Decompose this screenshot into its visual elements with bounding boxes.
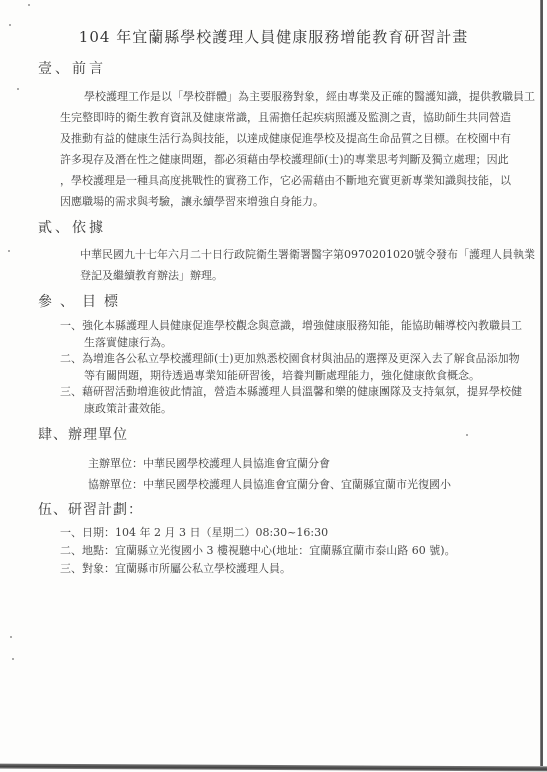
paragraph-line: 及推動有益的健康生活行為與技能，以達成健康促進學校及提高生命品質之目標。在校園中… (60, 128, 495, 149)
organizer-line: 主辦單位：中華民國學校護理人員協進會宜蘭分會 (88, 453, 495, 474)
paragraph-line: 生完整即時的衛生教育資訊及健康常識，且需擔任起疾病照護及監測之責，協助師生共同營… (60, 107, 495, 128)
section-heading-foreword: 壹、前言 (38, 58, 495, 78)
scan-speckle (28, 4, 30, 6)
scan-speckle (10, 636, 12, 638)
section-foreword: 壹、前言 學校護理工作是以「學校群體」為主要服務對象，經由專業及正確的醫護知識，… (38, 58, 495, 212)
scan-edge-line (540, 0, 543, 766)
objective-item-line: 一、強化本縣護理人員健康促進學校觀念與意識，增強健康服務知能，能協助輔導校內教職… (60, 318, 495, 335)
organizers-list: 主辦單位：中華民國學校護理人員協進會宜蘭分會 協辦單位：中華民國學校護理人員協進… (38, 453, 495, 495)
objective-item-line: 等有關問題，期待透過專業知能研習後，培養判斷處理能力，強化健康飲食概念。 (84, 368, 495, 385)
section-organizers: 肆、辦理單位 主辦單位：中華民國學校護理人員協進會宜蘭分會 協辦單位：中華民國學… (38, 424, 495, 495)
plan-item: 三、對象：宜蘭縣市所屬公私立學校護理人員。 (60, 560, 495, 578)
section-heading-plan: 伍、研習計劃： (38, 499, 495, 519)
plan-list: 一、日期：104 年 2 月 3 日（星期二）08:30~16:30 二、地點：… (38, 524, 495, 578)
objective-item: 三、藉研習活動增進彼此情誼，營造本縣護理人員溫馨和樂的健康團隊及支持氣氛，提昇學… (38, 384, 495, 417)
section-heading-organizers: 肆、辦理單位 (38, 424, 495, 444)
objectives-list: 一、強化本縣護理人員健康促進學校觀念與意識，增強健康服務知能，能協助輔導校內教職… (38, 318, 495, 417)
document-title: 104 年宜蘭縣學校護理人員健康服務增能教育研習計畫 (52, 26, 495, 47)
objective-item-line: 生落實健康行為。 (84, 335, 495, 352)
scan-speckle (17, 88, 19, 90)
section-heading-basis: 貳、依據 (38, 217, 495, 237)
scan-speckle (12, 658, 14, 660)
section-heading-objectives: 參、目標 (38, 291, 495, 311)
paragraph-line: 因應職場的需求與考驗，讓永續學習來增強自身能力。 (60, 191, 495, 212)
objective-item-line: 二、為增進各公私立學校護理師(士)更加熟悉校園食材與油品的選擇及更深入去了解食品… (60, 351, 495, 368)
paragraph-line: 登記及繼續教育辦法」辦理。 (80, 265, 495, 286)
objective-item-line: 康政策計畫效能。 (84, 401, 495, 418)
objective-item-line: 三、藉研習活動增進彼此情誼，營造本縣護理人員溫馨和樂的健康團隊及支持氣氛，提昇學… (60, 384, 495, 401)
plan-item: 一、日期：104 年 2 月 3 日（星期二）08:30~16:30 (60, 524, 495, 542)
objective-item: 一、強化本縣護理人員健康促進學校觀念與意識，增強健康服務知能，能協助輔導校內教職… (38, 318, 495, 351)
section-plan: 伍、研習計劃： 一、日期：104 年 2 月 3 日（星期二）08:30~16:… (38, 499, 495, 578)
paragraph-line: 學校護理工作是以「學校群體」為主要服務對象，經由專業及正確的醫護知識，提供教職員… (60, 86, 495, 107)
paragraph-line: ，學校護理是一種具高度挑戰性的實務工作，它必需藉由不斷地充實更新專業知識與技能，… (60, 170, 495, 191)
plan-item: 二、地點：宜蘭縣立光復國小 3 樓視聽中心(地址：宜蘭縣宜蘭市泰山路 60 號)… (60, 542, 495, 560)
section-basis: 貳、依據 中華民國九十七年六月二十日行政院衛生署衛署醫字第0970201020號… (38, 217, 495, 286)
scan-speckle (466, 434, 468, 436)
foreword-paragraph: 學校護理工作是以「學校群體」為主要服務對象，經由專業及正確的醫護知識，提供教職員… (60, 86, 495, 212)
section-objectives: 參、目標 一、強化本縣護理人員健康促進學校觀念與意識，增強健康服務知能，能協助輔… (38, 291, 495, 417)
basis-paragraph: 中華民國九十七年六月二十日行政院衛生署衛署醫字第0970201020號令發布「護… (80, 244, 495, 286)
paragraph-line: 中華民國九十七年六月二十日行政院衛生署衛署醫字第0970201020號令發布「護… (80, 244, 495, 265)
scan-speckle (8, 250, 10, 252)
scan-speckle (9, 24, 11, 26)
organizer-line: 協辦單位：中華民國學校護理人員協進會宜蘭分會、宜蘭縣宜蘭市光復國小 (88, 474, 495, 495)
objective-item: 二、為增進各公私立學校護理師(士)更加熟悉校園食材與油品的選擇及更深入去了解食品… (38, 351, 495, 384)
paragraph-line: 許多現存及潛在性之健康問題，都必須藉由學校護理師(士)的專業思考判斷及獨立處理；… (60, 149, 495, 170)
document-content: 104 年宜蘭縣學校護理人員健康服務增能教育研習計畫 壹、前言 學校護理工作是以… (0, 0, 547, 772)
document-page: 104 年宜蘭縣學校護理人員健康服務增能教育研習計畫 壹、前言 學校護理工作是以… (0, 0, 547, 772)
